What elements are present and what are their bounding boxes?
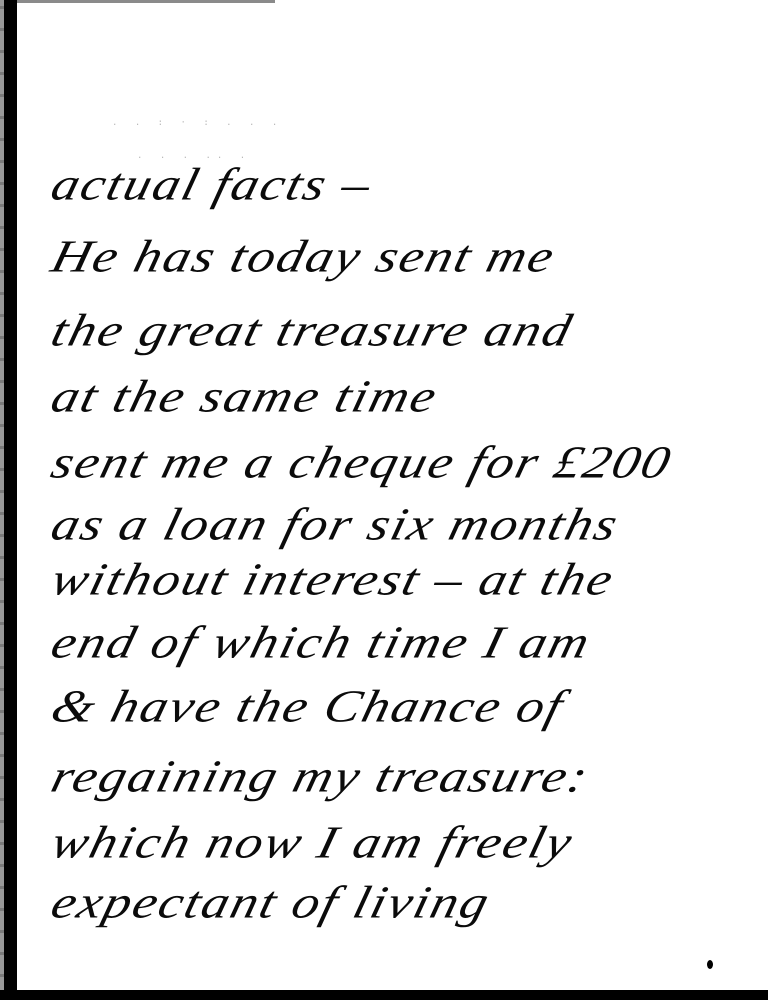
ink-dot — [707, 960, 713, 969]
handwritten-line: as a loan for six months — [47, 501, 624, 547]
handwritten-line: actual facts – — [47, 161, 377, 207]
handwritten-line: the great treasure and — [47, 307, 578, 353]
handwritten-line: which now I am freely — [47, 819, 578, 865]
handwritten-line: without interest – at the — [47, 556, 619, 602]
handwritten-line: He has today sent me — [47, 233, 560, 279]
handwritten-line: & have the Chance of — [47, 683, 569, 729]
letter-page: . . : · : . . . . . . .. . actual facts … — [17, 3, 768, 990]
faint-bleedthrough-marks: . . : · : . . . — [112, 118, 283, 128]
handwritten-line: at the same time — [47, 373, 443, 419]
handwritten-line: sent me a cheque for £200 — [47, 439, 677, 485]
scan-edge-noise — [0, 0, 4, 1000]
handwritten-line: regaining my treasure: — [47, 753, 594, 799]
handwritten-line: end of which time I am — [47, 619, 596, 665]
scan-bottom-border — [0, 990, 768, 1000]
handwritten-line: expectant of living — [47, 879, 495, 925]
